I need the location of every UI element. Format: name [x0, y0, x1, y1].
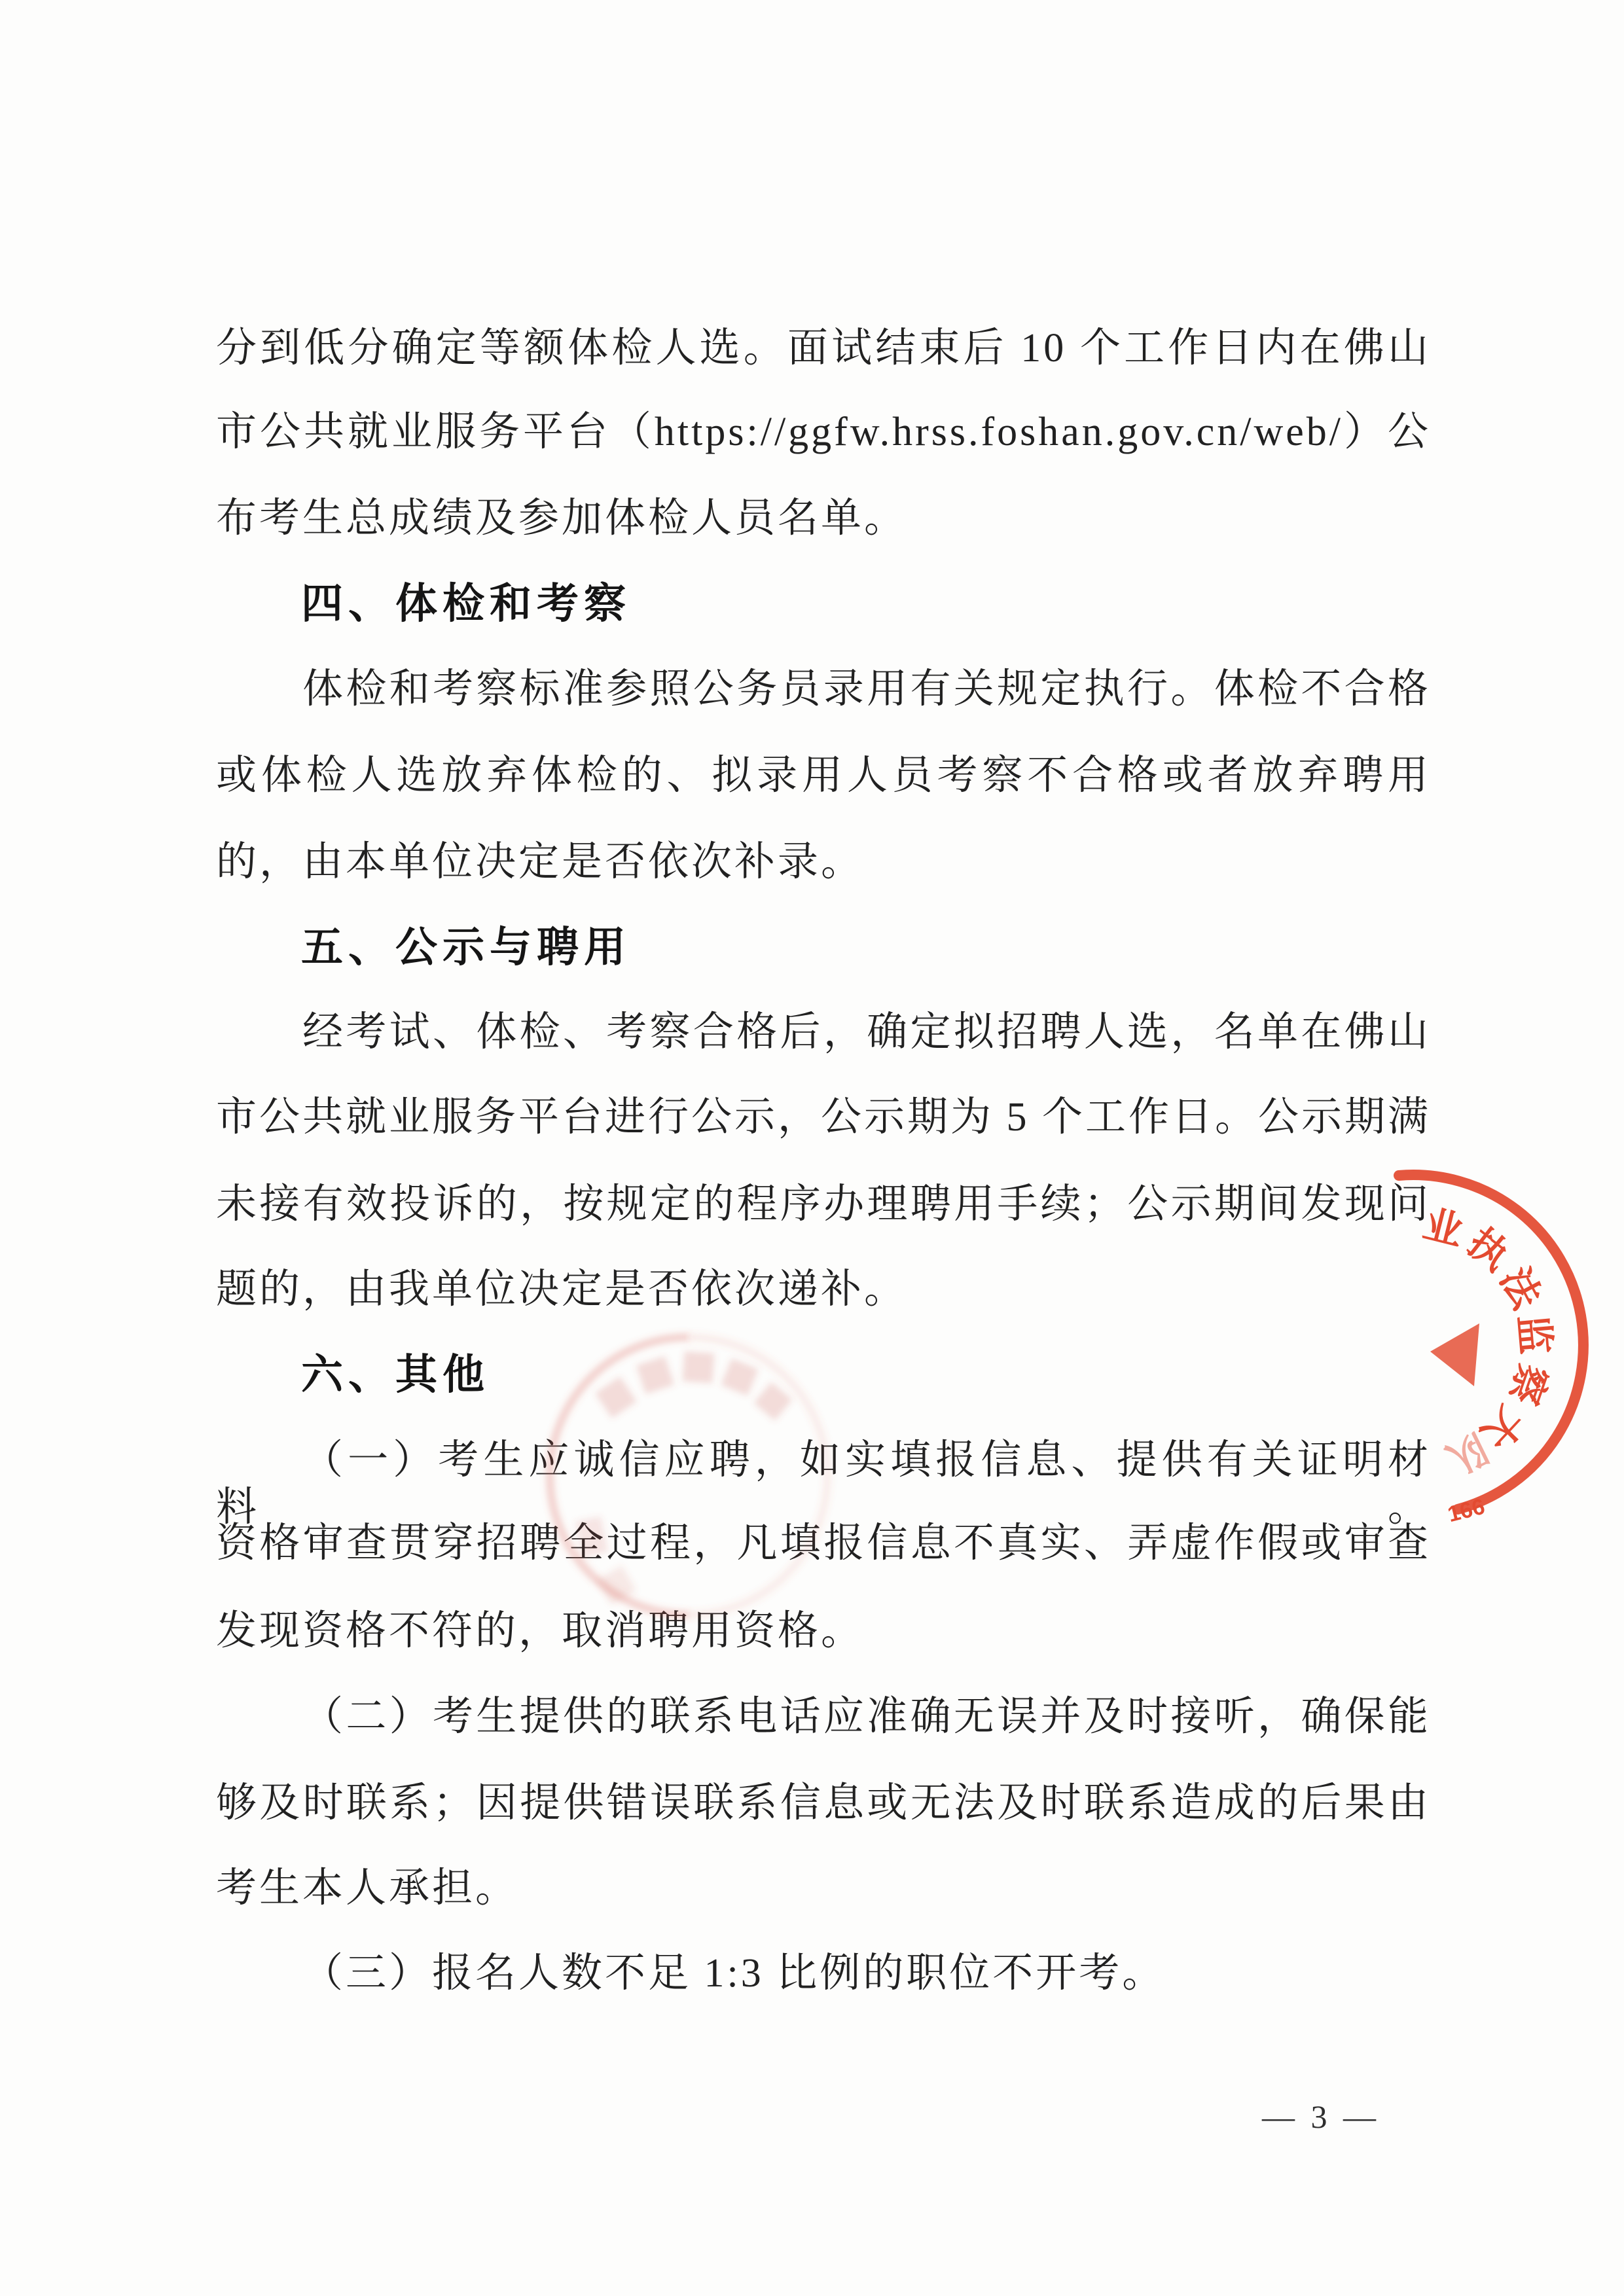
- svg-text:166: 166: [1445, 1494, 1487, 1528]
- text-line: 考生本人承担。: [216, 1865, 1431, 1912]
- text-line: 市公共就业服务平台（https://ggfw.hrss.foshan.gov.c…: [216, 408, 1431, 456]
- text-line: 发现资格不符的，取消聘用资格。: [216, 1607, 1431, 1655]
- text-line: （一）考生应诚信应聘，如实填报信息、提供有关证明材料。: [216, 1437, 1431, 1531]
- svg-text:法: 法: [1492, 1261, 1549, 1316]
- text-line: 分到低分确定等额体检人选。面试结束后 10 个工作日内在佛山: [216, 325, 1431, 372]
- text-line: （三）报名人数不足 1:3 比例的职位不开考。: [216, 1950, 1431, 1997]
- section-heading: 四、体检和考察: [301, 580, 631, 627]
- text-line: 未接有效投诉的，按规定的程序办理聘用手续；公示期间发现问: [216, 1181, 1431, 1228]
- section-heading: 五、公示与聘用: [301, 924, 631, 971]
- text-line: 够及时联系；因提供错误联系信息或无法及时联系造成的后果由: [216, 1780, 1431, 1827]
- text-line: 市公共就业服务平台进行公示，公示期为 5 个工作日。公示期满: [216, 1094, 1431, 1141]
- section-heading: 六、其他: [301, 1351, 490, 1398]
- seal-arc-text: 业 执 法 监 察 大 队 166: [1419, 1202, 1558, 1527]
- text-line: 布考生总成绩及参加体检人员名单。: [216, 495, 1431, 542]
- svg-text:察: 察: [1502, 1359, 1556, 1410]
- text-line: 题的，由我单位决定是否依次递补。: [216, 1266, 1431, 1313]
- page-number: — 3 —: [1262, 2098, 1432, 2136]
- seal-star-fragment: [1430, 1323, 1479, 1386]
- text-line: 经考试、体检、考察合格后，确定拟招聘人选，名单在佛山: [216, 1009, 1431, 1056]
- document-page: 分到低分确定等额体检人选。面试结束后 10 个工作日内在佛山 市公共就业服务平台…: [0, 0, 1624, 2296]
- svg-text:队: 队: [1439, 1426, 1494, 1482]
- text-line: 或体检人选放弃体检的、拟录用人员考察不合格或者放弃聘用: [216, 752, 1431, 799]
- text-line: 体检和考察标准参照公务员录用有关规定执行。体检不合格: [216, 666, 1431, 713]
- svg-text:监: 监: [1511, 1313, 1558, 1356]
- svg-text:大: 大: [1473, 1398, 1532, 1457]
- text-line: 的，由本单位决定是否依次补录。: [216, 838, 1431, 886]
- svg-text:执: 执: [1460, 1220, 1518, 1279]
- text-line: （二）考生提供的联系电话应准确无误并及时接听，确保能: [216, 1693, 1431, 1740]
- text-line: 资格审查贯穿招聘全过程，凡填报信息不真实、弄虚作假或审查: [216, 1520, 1431, 1567]
